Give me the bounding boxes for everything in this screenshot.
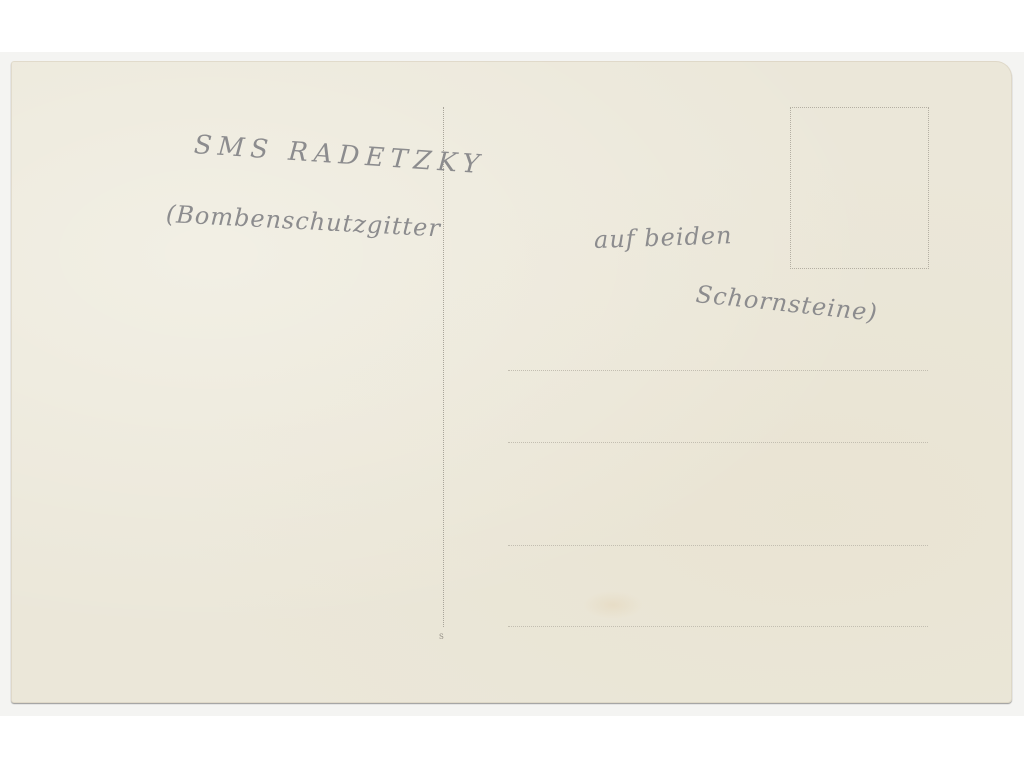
stamp-box bbox=[790, 107, 929, 269]
address-line-4 bbox=[508, 626, 928, 627]
postcard: S bbox=[11, 61, 1012, 703]
address-line-1 bbox=[508, 370, 928, 371]
paper-stain bbox=[583, 591, 643, 619]
center-divider-line bbox=[443, 107, 444, 627]
handwritten-note-line-3: auf beiden bbox=[594, 221, 733, 254]
printer-mark: S bbox=[439, 633, 444, 641]
address-line-3 bbox=[508, 545, 928, 546]
address-line-2 bbox=[508, 442, 928, 443]
